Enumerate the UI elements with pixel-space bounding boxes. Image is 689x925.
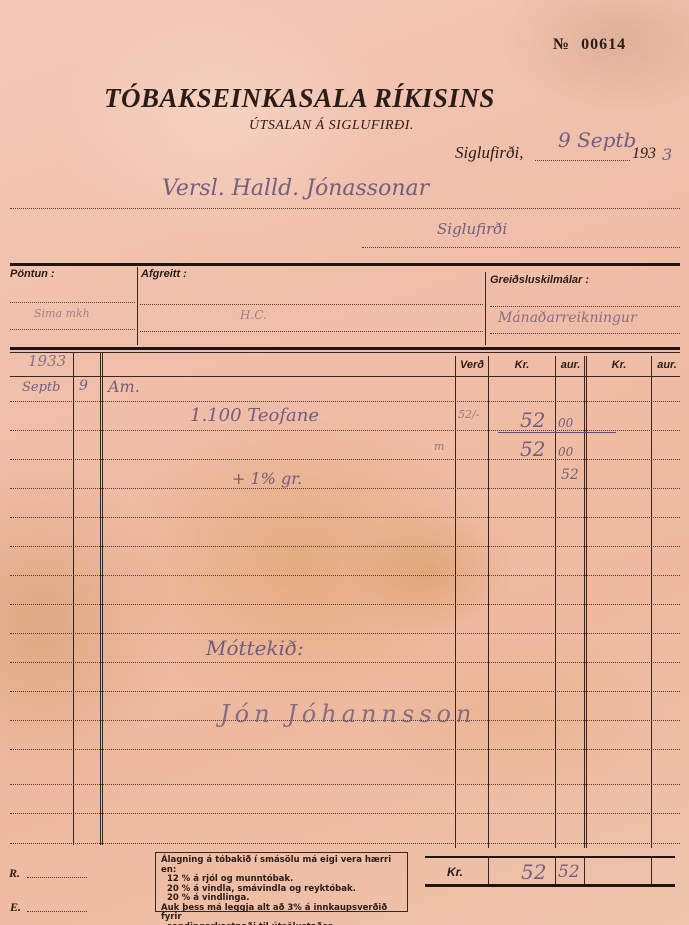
- row3-description: + 1% gr.: [232, 469, 302, 488]
- row-line: [10, 459, 680, 460]
- row1-price: 52/-: [458, 408, 479, 421]
- order-value: Sima mkh: [34, 306, 124, 322]
- e-dotted-line: [27, 911, 87, 912]
- signature: Jón Jóhannsson: [220, 700, 476, 728]
- order-line-1: [10, 302, 135, 303]
- total-kr: 52: [521, 860, 546, 884]
- payment-terms-value: Mánaðarreikningur: [498, 310, 637, 326]
- payment-terms-label: Greiðsluskilmálar :: [490, 274, 589, 286]
- row-line: [10, 784, 680, 785]
- row1-description: 1.100 Teofane: [190, 405, 319, 426]
- number-prefix: №: [553, 36, 570, 53]
- order-label: Pöntun :: [10, 268, 55, 280]
- recipient-line-2: [362, 247, 680, 248]
- row-line: [10, 813, 680, 814]
- header-price: Verð: [456, 359, 488, 371]
- total-top-rule: [425, 856, 675, 858]
- row1-underline: [498, 432, 616, 433]
- row2-price: m: [434, 440, 444, 453]
- place-label: Siglufirði,: [455, 143, 523, 163]
- row0-description: Am.: [108, 377, 140, 396]
- notice-line: Auk þess má leggja alt að 3% á innkaupsv…: [161, 904, 402, 923]
- branch-subtitle: ÚTSALAN Á SIGLUFIRÐI.: [249, 118, 414, 134]
- header-kr-2: Kr.: [587, 359, 651, 371]
- date-handwritten: 9 Septb: [558, 128, 636, 152]
- number-value: 00614: [581, 36, 626, 53]
- company-title: TÓBAKSEINKASALA RÍKISINS: [104, 83, 495, 114]
- dispatched-line-2: [140, 331, 483, 332]
- total-label: Kr.: [447, 865, 463, 879]
- total-col-line-4: [651, 856, 652, 884]
- col-line-day-2: [102, 352, 103, 845]
- header-aur-1: aur.: [556, 359, 585, 371]
- total-aur: 52: [558, 862, 580, 882]
- col-line-month: [73, 352, 74, 845]
- row3-aur: 52: [561, 467, 579, 483]
- row1-kr: 52: [520, 408, 545, 432]
- recipient-name: Versl. Halld. Jónassonar: [162, 176, 429, 201]
- r-label: R.: [9, 866, 20, 881]
- total-col-line-2: [555, 856, 556, 884]
- row-line: [10, 633, 680, 634]
- row-line: [10, 691, 680, 692]
- order-line-2: [10, 329, 135, 330]
- row-line: [10, 517, 680, 518]
- total-bottom-rule: [425, 884, 675, 887]
- year-handwritten: 3: [662, 145, 672, 164]
- row-line: [10, 749, 680, 750]
- row-line: [10, 488, 680, 489]
- year-print: 193: [632, 145, 656, 163]
- e-label: E.: [10, 900, 21, 915]
- info-divider-1: [137, 267, 138, 345]
- row-line: [10, 843, 680, 844]
- table-top-rule-thin: [10, 352, 680, 353]
- payment-line-1: [490, 306, 680, 307]
- row0-day: 9: [79, 378, 88, 394]
- dispatched-value: H.C.: [240, 308, 267, 322]
- row-line: [10, 546, 680, 547]
- date-dotted-line: [535, 160, 630, 161]
- invoice-number: № 00614: [553, 36, 626, 54]
- row-line: [10, 575, 680, 576]
- info-top-rule: [10, 263, 680, 266]
- markup-notice-box: Álagning á tóbakið í smásölu má eigi ver…: [155, 852, 408, 912]
- header-kr-1: Kr.: [489, 359, 555, 371]
- col-line-day: [100, 352, 101, 845]
- recipient-location: Siglufirði: [437, 220, 507, 238]
- payment-line-2: [490, 333, 680, 334]
- r-dotted-line: [27, 877, 87, 878]
- row-line: [10, 604, 680, 605]
- total-col-line-1: [488, 856, 489, 884]
- row2-kr: 52: [520, 437, 545, 461]
- row0-month: Septb: [22, 380, 60, 395]
- total-col-line-3: [584, 856, 585, 884]
- dispatched-label: Afgreitt :: [141, 268, 187, 280]
- row-line: [10, 401, 680, 402]
- row1-aur: 00: [558, 416, 573, 430]
- info-divider-2: [485, 272, 486, 345]
- header-aur-2: aur.: [652, 359, 682, 371]
- table-year: 1933: [28, 352, 66, 370]
- received-label: Móttekið:: [206, 636, 304, 660]
- notice-line: Álagning á tóbakið í smásölu má eigi ver…: [161, 856, 402, 875]
- row2-aur: 00: [558, 445, 573, 459]
- dispatched-line-1: [140, 304, 483, 305]
- row-line: [10, 430, 680, 431]
- row-line: [10, 662, 680, 663]
- recipient-line-1: [10, 208, 680, 209]
- table-top-rule: [10, 347, 680, 350]
